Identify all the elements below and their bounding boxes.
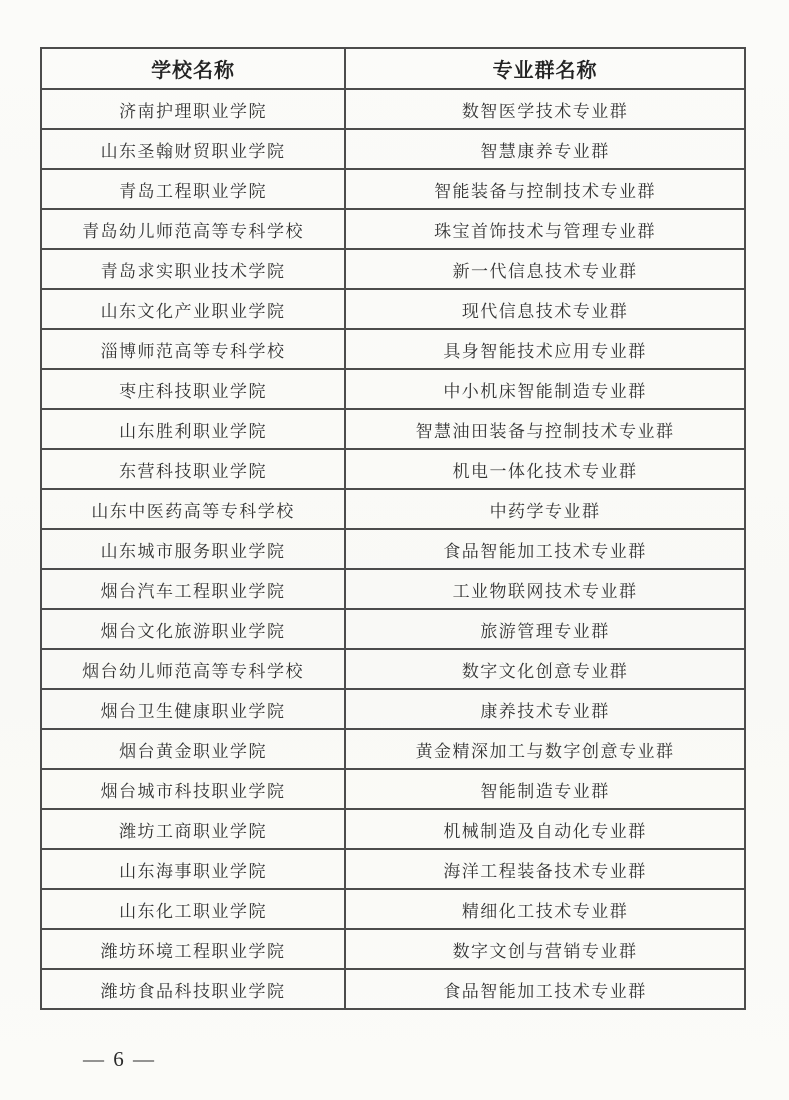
- table-row: 烟台城市科技职业学院智能制造专业群: [41, 769, 745, 809]
- school-name-cell: 烟台幼儿师范高等专科学校: [41, 649, 345, 689]
- school-name-cell: 济南护理职业学院: [41, 89, 345, 129]
- school-name-cell: 潍坊食品科技职业学院: [41, 969, 345, 1009]
- group-name-cell: 数字文化创意专业群: [345, 649, 745, 689]
- table-row: 东营科技职业学院机电一体化技术专业群: [41, 449, 745, 489]
- group-name-cell: 珠宝首饰技术与管理专业群: [345, 209, 745, 249]
- group-name-cell: 食品智能加工技术专业群: [345, 529, 745, 569]
- school-name-cell: 淄博师范高等专科学校: [41, 329, 345, 369]
- school-name-cell: 烟台城市科技职业学院: [41, 769, 345, 809]
- group-name-cell: 中小机床智能制造专业群: [345, 369, 745, 409]
- table-row: 济南护理职业学院数智医学技术专业群: [41, 89, 745, 129]
- table-row: 潍坊食品科技职业学院食品智能加工技术专业群: [41, 969, 745, 1009]
- table-row: 烟台黄金职业学院黄金精深加工与数字创意专业群: [41, 729, 745, 769]
- school-name-cell: 山东中医药高等专科学校: [41, 489, 345, 529]
- school-name-cell: 潍坊环境工程职业学院: [41, 929, 345, 969]
- school-name-cell: 烟台黄金职业学院: [41, 729, 345, 769]
- group-name-cell: 康养技术专业群: [345, 689, 745, 729]
- group-name-cell: 智慧油田装备与控制技术专业群: [345, 409, 745, 449]
- table-row: 青岛求实职业技术学院新一代信息技术专业群: [41, 249, 745, 289]
- table-row: 山东化工职业学院精细化工技术专业群: [41, 889, 745, 929]
- table-row: 青岛幼儿师范高等专科学校珠宝首饰技术与管理专业群: [41, 209, 745, 249]
- group-name-cell: 机械制造及自动化专业群: [345, 809, 745, 849]
- table-row: 山东海事职业学院海洋工程装备技术专业群: [41, 849, 745, 889]
- school-name-cell: 山东胜利职业学院: [41, 409, 345, 449]
- school-name-cell: 烟台卫生健康职业学院: [41, 689, 345, 729]
- school-group-table: 学校名称 专业群名称 济南护理职业学院数智医学技术专业群山东圣翰财贸职业学院智慧…: [40, 47, 746, 1010]
- group-name-cell: 数智医学技术专业群: [345, 89, 745, 129]
- group-name-cell: 食品智能加工技术专业群: [345, 969, 745, 1009]
- group-name-cell: 具身智能技术应用专业群: [345, 329, 745, 369]
- school-name-cell: 烟台汽车工程职业学院: [41, 569, 345, 609]
- group-name-cell: 智能装备与控制技术专业群: [345, 169, 745, 209]
- group-name-cell: 现代信息技术专业群: [345, 289, 745, 329]
- group-name-cell: 数字文创与营销专业群: [345, 929, 745, 969]
- table-row: 烟台幼儿师范高等专科学校数字文化创意专业群: [41, 649, 745, 689]
- school-name-cell: 山东文化产业职业学院: [41, 289, 345, 329]
- group-name-cell: 精细化工技术专业群: [345, 889, 745, 929]
- group-name-cell: 旅游管理专业群: [345, 609, 745, 649]
- school-name-cell: 山东海事职业学院: [41, 849, 345, 889]
- page-number: — 6 —: [83, 1047, 156, 1072]
- school-name-cell: 潍坊工商职业学院: [41, 809, 345, 849]
- table-row: 山东城市服务职业学院食品智能加工技术专业群: [41, 529, 745, 569]
- table-row: 山东文化产业职业学院现代信息技术专业群: [41, 289, 745, 329]
- document-page: 学校名称 专业群名称 济南护理职业学院数智医学技术专业群山东圣翰财贸职业学院智慧…: [0, 0, 789, 1100]
- table-row: 潍坊工商职业学院机械制造及自动化专业群: [41, 809, 745, 849]
- school-name-cell: 青岛幼儿师范高等专科学校: [41, 209, 345, 249]
- school-name-cell: 山东城市服务职业学院: [41, 529, 345, 569]
- group-name-cell: 机电一体化技术专业群: [345, 449, 745, 489]
- table-body: 济南护理职业学院数智医学技术专业群山东圣翰财贸职业学院智慧康养专业群青岛工程职业…: [41, 89, 745, 1009]
- group-name-cell: 工业物联网技术专业群: [345, 569, 745, 609]
- group-name-cell: 海洋工程装备技术专业群: [345, 849, 745, 889]
- school-name-cell: 枣庄科技职业学院: [41, 369, 345, 409]
- group-name-cell: 智能制造专业群: [345, 769, 745, 809]
- group-name-header: 专业群名称: [345, 48, 745, 89]
- school-name-cell: 青岛工程职业学院: [41, 169, 345, 209]
- table-row: 潍坊环境工程职业学院数字文创与营销专业群: [41, 929, 745, 969]
- table-row: 青岛工程职业学院智能装备与控制技术专业群: [41, 169, 745, 209]
- group-name-cell: 智慧康养专业群: [345, 129, 745, 169]
- school-name-cell: 烟台文化旅游职业学院: [41, 609, 345, 649]
- table-row: 烟台卫生健康职业学院康养技术专业群: [41, 689, 745, 729]
- table-row: 烟台文化旅游职业学院旅游管理专业群: [41, 609, 745, 649]
- school-name-cell: 山东化工职业学院: [41, 889, 345, 929]
- table-row: 山东中医药高等专科学校中药学专业群: [41, 489, 745, 529]
- group-name-cell: 中药学专业群: [345, 489, 745, 529]
- table-row: 山东圣翰财贸职业学院智慧康养专业群: [41, 129, 745, 169]
- school-name-cell: 青岛求实职业技术学院: [41, 249, 345, 289]
- table-header-row: 学校名称 专业群名称: [41, 48, 745, 89]
- table-row: 山东胜利职业学院智慧油田装备与控制技术专业群: [41, 409, 745, 449]
- group-name-cell: 黄金精深加工与数字创意专业群: [345, 729, 745, 769]
- school-name-cell: 东营科技职业学院: [41, 449, 345, 489]
- group-name-cell: 新一代信息技术专业群: [345, 249, 745, 289]
- school-name-header: 学校名称: [41, 48, 345, 89]
- table-row: 烟台汽车工程职业学院工业物联网技术专业群: [41, 569, 745, 609]
- table-row: 枣庄科技职业学院中小机床智能制造专业群: [41, 369, 745, 409]
- table-row: 淄博师范高等专科学校具身智能技术应用专业群: [41, 329, 745, 369]
- school-name-cell: 山东圣翰财贸职业学院: [41, 129, 345, 169]
